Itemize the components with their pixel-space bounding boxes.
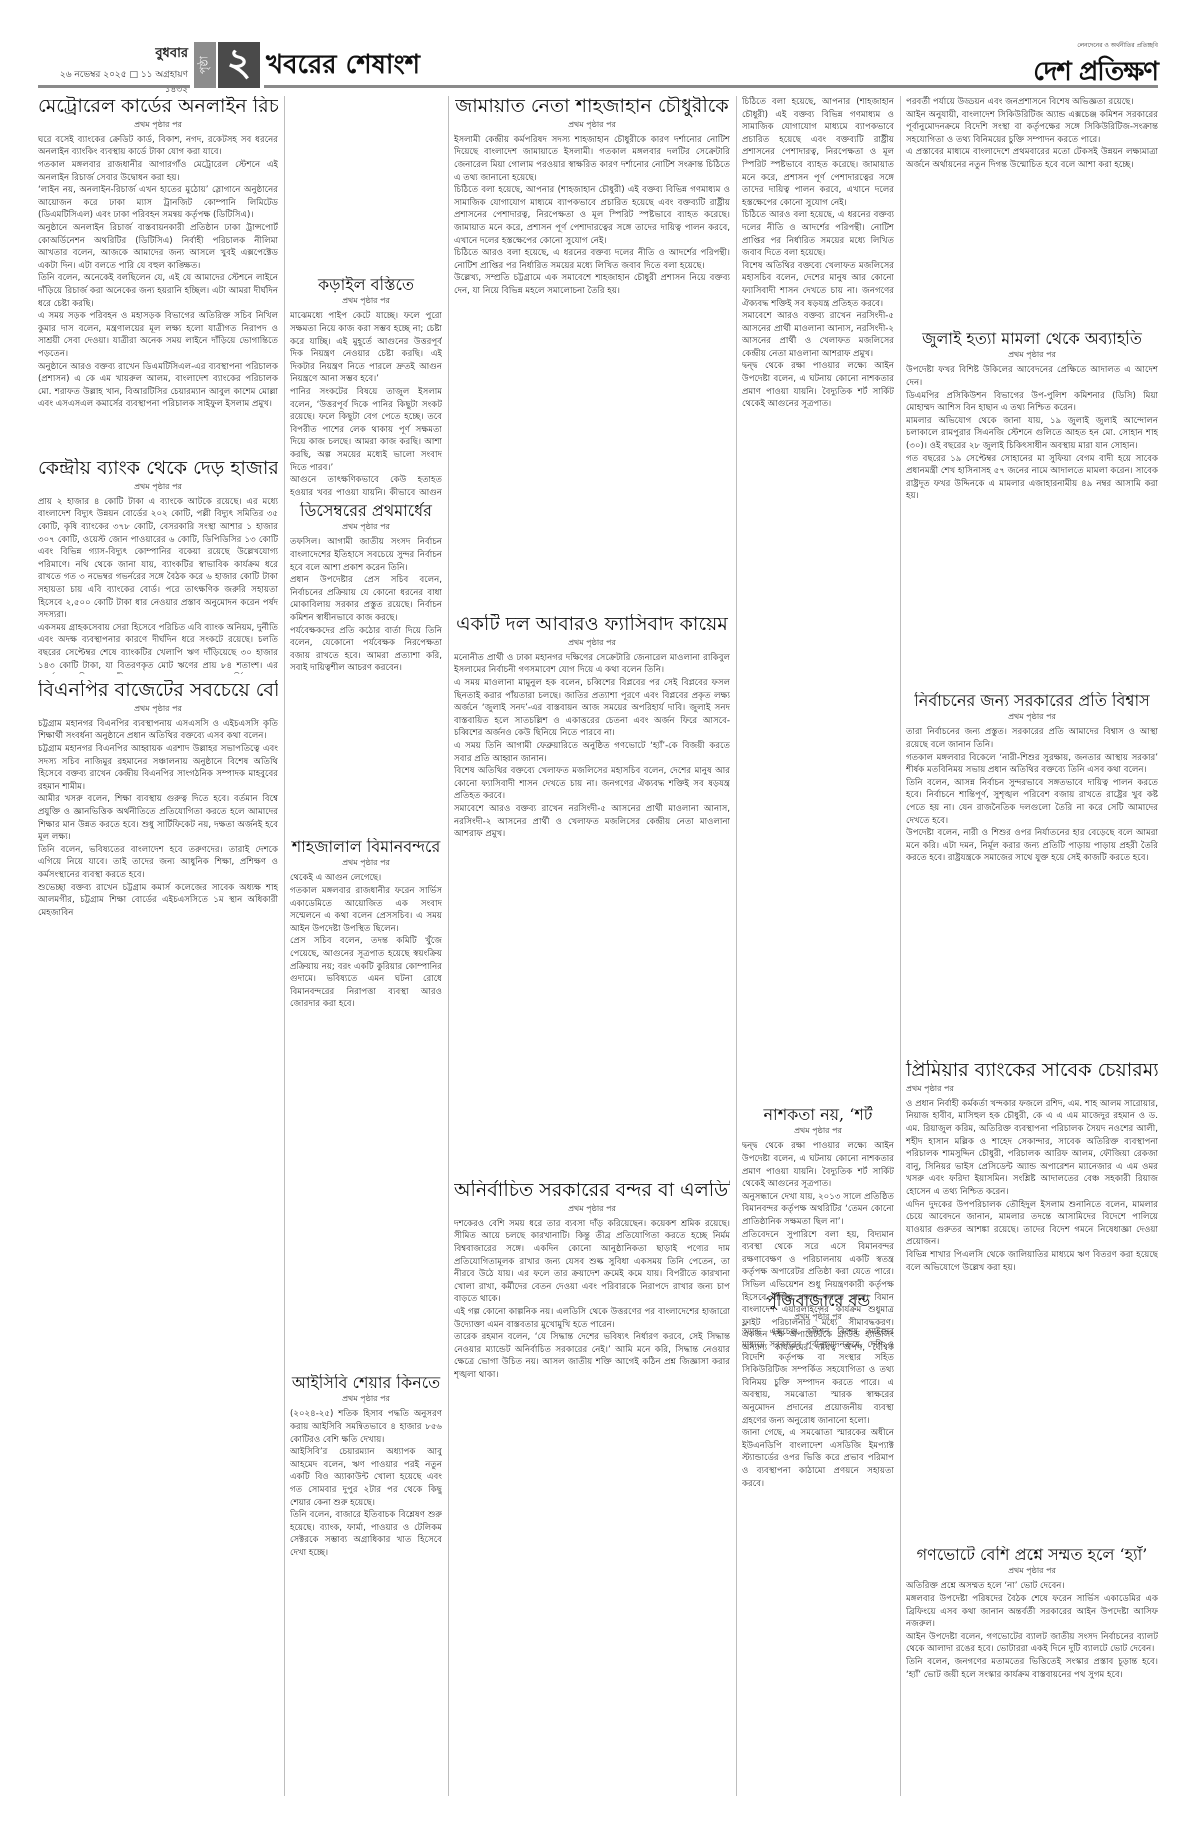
paragraph: চিঠিতে বলা হয়েছে, আপনার (শাহজাহান চৌধুর… bbox=[454, 184, 730, 247]
story-body: মাঝেমধ্যে পাইপ কেটে যাচ্ছে। ফলে পুরো সক্… bbox=[290, 310, 442, 496]
paragraph: আমীর খসরু বলেন, শিক্ষা ব্যবস্থায় গুরুত্… bbox=[38, 793, 278, 843]
story-jamaat[interactable]: জামায়াত নেতা শাহজাহান চৌধুরীকে প্রথম পৃ… bbox=[454, 96, 730, 552]
continued-label: প্রথম পৃষ্ঠার পর bbox=[290, 295, 442, 308]
paragraph: প্রেস সচিব বলেন, তদন্ত কমিটি খুঁজে পেয়ে… bbox=[290, 935, 442, 1011]
paragraph: এ সময় সড়ক পরিবহন ও মহাসড়ক বিভাগের অতি… bbox=[38, 310, 278, 360]
paragraph: গতকাল মঙ্গলবার রাজধানীর ফরেন সার্ভিস একা… bbox=[290, 885, 442, 935]
continued-label: প্রথম পৃষ্ঠার পর bbox=[290, 521, 442, 534]
headline[interactable]: নির্বাচনের জন্য সরকারের প্রতি বিশ্বাস bbox=[906, 692, 1158, 710]
paragraph: থেকেই এ আগুন লেগেছে। bbox=[290, 872, 442, 885]
headline[interactable]: কেন্দ্রীয় ব্যাংক থেকে দেড় হাজার কোটি bbox=[38, 458, 278, 480]
paragraph: বিভিন্ন শাখার পিএলসি থেকে জালিয়াতির মাধ… bbox=[906, 1249, 1158, 1274]
paragraph: এই গল্প কোনো কাল্পনিক নয়। এলডিসি থেকে উ… bbox=[454, 1306, 730, 1331]
paragraph: আইন উপদেষ্টা বলেন, গণভোটের ব্যালট জাতীয়… bbox=[906, 1631, 1158, 1656]
paragraph: পানির সংকটের বিষয়ে তাজুল ইসলাম বলেন, ‘উ… bbox=[290, 386, 442, 474]
paragraph: গত বছরের ১৯ সেপ্টেম্বর সোহানের মা সুফিয়… bbox=[906, 453, 1158, 503]
headline[interactable]: জামায়াত নেতা শাহজাহান চৌধুরীকে bbox=[454, 96, 730, 118]
continued-label: প্রথম পৃষ্ঠার পর bbox=[38, 119, 278, 132]
masthead-date-block: বুধবার ২৬ নভেম্বর ২০২৫ □ ১১ অগ্রহায়ণ ১৪… bbox=[38, 44, 188, 97]
continued-label: প্রথম পৃষ্ঠার পর bbox=[906, 1565, 1158, 1578]
headline[interactable]: গণভোটে বেশি প্রশ্নে সম্মত হলে ‘হ্যাঁ’ bbox=[906, 1546, 1158, 1564]
paragraph: এ প্রস্তাবের মাধ্যমে বাংলাদেশে প্রথমবারে… bbox=[906, 146, 1158, 171]
issue-date: ২৬ নভেম্বর ২০২৫ □ ১১ অগ্রহায়ণ ১৪৩২ bbox=[38, 67, 188, 97]
paragraph: একসময় গ্রাহকসেবায় সেরা হিসেবে পরিচিত এ… bbox=[38, 622, 278, 674]
story-referendum[interactable]: গণভোটে বেশি প্রশ্নে সম্মত হলে ‘হ্যাঁ’ প্… bbox=[906, 1546, 1158, 1796]
continued-label: প্রথম পৃষ্ঠার পর bbox=[290, 857, 442, 870]
paragraph: চিঠিতে আরও বলা হয়েছে, এ ধরনের বক্তব্য দ… bbox=[742, 209, 894, 259]
story-body: ও প্রধান নির্বাহী কর্মকর্তা খন্দকার ফজলে… bbox=[742, 1098, 1158, 1274]
continued-label: প্রথম পৃষ্ঠার পর bbox=[454, 637, 730, 650]
paragraph: দ্বন্দ্ব থেকে রক্ষা পাওয়ার লক্ষ্যে আইন … bbox=[742, 360, 894, 410]
paragraph: অনুষ্ঠানে আরও বক্তব্য রাখেন ডিএমটিসিএল-এ… bbox=[38, 361, 278, 411]
continued-label: প্রথম পৃষ্ঠার পর bbox=[906, 349, 1158, 362]
paragraph: (২০২৪-২৫) শতিক হিসাব পদ্ধতি অনুসরণ করায়… bbox=[290, 1408, 442, 1446]
masthead: বুধবার ২৬ নভেম্বর ২০২৫ □ ১১ অগ্রহায়ণ ১৪… bbox=[0, 40, 1200, 92]
headline[interactable]: একটি দল আবারও ফ্যাসিবাদ কায়েম bbox=[454, 614, 730, 636]
paragraph: বিশেষ অতিথির বক্তব্যে খেলাফত মজলিসের মহা… bbox=[454, 765, 730, 803]
story-december[interactable]: ডিসেম্বরের প্রথমার্ধের প্রথম পৃষ্ঠার পর … bbox=[290, 502, 442, 832]
paragraph: প্রায় ২ হাজার ৪ কোটি টাকা এ ব্যাংকে আটক… bbox=[38, 496, 278, 622]
headline[interactable]: ডিসেম্বরের প্রথমার্ধের bbox=[290, 502, 442, 520]
paragraph: মাঝেমধ্যে পাইপ কেটে যাচ্ছে। ফলে পুরো সক্… bbox=[290, 310, 442, 386]
paragraph: তফসিল। আগামী জাতীয় সংসদ নির্বাচন বাংলাদ… bbox=[290, 536, 442, 574]
paragraph: চিঠিতে আরও বলা হয়েছে, এ ধরনের বক্তব্য দ… bbox=[454, 247, 730, 272]
paragraph: তিনি বলেন, আসন্ন নির্বাচন সুন্দরভাবে সঙ্… bbox=[906, 777, 1158, 827]
story-body: চট্টগ্রাম মহানগর বিএনপির ব্যবস্থাপনায় এ… bbox=[38, 718, 278, 920]
paragraph: এ সময় মাওলানা মামুনুল হক বলেন, চব্বিশের… bbox=[454, 677, 730, 740]
continued-label: প্রথম পৃষ্ঠার পর bbox=[454, 1203, 730, 1216]
story-body: মনোনীত প্রার্থী ও ঢাকা মহানগর দক্ষিণের স… bbox=[454, 652, 730, 841]
paragraph: আইন অনুযায়ী, বাংলাদেশ সিকিউরিটিজ অ্যান্… bbox=[906, 109, 1158, 147]
logo-tagline: লেনদেনের ও অর্থনীতির প্রতিচ্ছবি bbox=[1033, 40, 1158, 51]
story-election-trust[interactable]: নির্বাচনের জন্য সরকারের প্রতি বিশ্বাস প্… bbox=[906, 692, 1158, 1054]
story-icb[interactable]: আইসিবি শেয়ার কিনতে প্রথম পৃষ্ঠার পর (২০… bbox=[290, 1374, 442, 1796]
weekday: বুধবার bbox=[38, 44, 188, 65]
paragraph: ইসলামী কেন্দ্রীয় কর্মপরিষদ সদস্য শাহজাহ… bbox=[454, 134, 730, 184]
column-divider bbox=[284, 96, 285, 1796]
continued-label: প্রথম পৃষ্ঠার পর bbox=[454, 119, 730, 132]
page-number: ২ bbox=[218, 42, 260, 88]
story-premier-bank[interactable]: প্রিমিয়ার ব্যাংকের সাবেক চেয়ারম্যানসহ … bbox=[742, 1060, 1158, 1604]
headline[interactable]: প্রিমিয়ার ব্যাংকের সাবেক চেয়ারম্যানসহ bbox=[742, 1060, 1158, 1082]
paragraph: ‘লাইন নয়, অনলাইন-রিচার্জ এখন হাতের মুঠো… bbox=[38, 184, 278, 222]
paragraph: তিনি বলেন, জনগণের মতামতের ভিত্তিতেই সংস্… bbox=[906, 1656, 1158, 1681]
paragraph: এ সময় তিনি আগামী ফেব্রুয়ারিতে অনুষ্ঠিত… bbox=[454, 740, 730, 765]
headline[interactable]: শাহজালাল বিমানবন্দরে bbox=[290, 838, 442, 856]
column-divider bbox=[736, 96, 737, 1796]
paragraph: উপদেষ্টা বলেন, নারী ও শিশুর ওপর নির্যাতন… bbox=[906, 827, 1158, 865]
story-body: (২০২৪-২৫) শতিক হিসাব পদ্ধতি অনুসরণ করায়… bbox=[290, 1408, 442, 1559]
paragraph: প্রধান উপদেষ্টার প্রেস সচিব বলেন, নির্বা… bbox=[290, 574, 442, 624]
story-body: ঘরে বসেই ব্যাংকের ক্রেডিট কার্ড, বিকাশ, … bbox=[38, 134, 278, 411]
paragraph: মঙ্গলবার উপদেষ্টা পরিষদের বৈঠক শেষে ফরেন… bbox=[906, 1593, 1158, 1631]
paragraph: ঘরে বসেই ব্যাংকের ক্রেডিট কার্ড, বিকাশ, … bbox=[38, 134, 278, 159]
paragraph: উপদেষ্টা ফখর বিশিষ্ট উকিলের আবেদনের প্রে… bbox=[906, 364, 1158, 389]
paragraph: বিশেষ অতিথির বক্তব্যে খেলাফত মজলিসের মহা… bbox=[742, 260, 894, 310]
story-fascism[interactable]: একটি দল আবারও ফ্যাসিবাদ কায়েম প্রথম পৃষ… bbox=[454, 614, 730, 1174]
continued-label: প্রথম পৃষ্ঠার পর bbox=[38, 703, 278, 716]
masthead-rule-right bbox=[264, 85, 1158, 88]
paragraph: সমাবেশে আরও বক্তব্য রাখেন নরসিংদী-৫ আসনে… bbox=[742, 310, 894, 360]
paragraph: গতকাল মঙ্গলবার রাজধানীর আগারগাঁও মেট্রোর… bbox=[38, 159, 278, 184]
paragraph: চিঠিতে বলা হয়েছে, আপনার (শাহজাহান চৌধুর… bbox=[742, 96, 894, 209]
story-july-murder[interactable]: জুলাই হত্যা মামলা থেকে অব্যাহতি প্রথম পৃ… bbox=[906, 330, 1158, 686]
story-body: উপদেষ্টা ফখর বিশিষ্ট উকিলের আবেদনের প্রে… bbox=[906, 364, 1158, 503]
paragraph: তিনি বলেন, অনেকেই বলছিলেন যে, এই যে আমাদ… bbox=[38, 272, 278, 310]
headline[interactable]: বিএনপির বাজেটের সবচেয়ে বেশি bbox=[38, 680, 278, 702]
newspaper-logo[interactable]: লেনদেনের ও অর্থনীতির প্রতিচ্ছবি দেশ প্রত… bbox=[1033, 40, 1158, 95]
paragraph: উল্লেখ্য, সম্প্রতি চট্টগ্রামে এক সমাবেশে… bbox=[454, 272, 730, 297]
paragraph: দশকেরও বেশি সময় ধরে তার ব্যবসা দাঁড় কর… bbox=[454, 1218, 730, 1306]
story-bnp-budget[interactable]: বিএনপির বাজেটের সবচেয়ে বেশি প্রথম পৃষ্ঠ… bbox=[38, 680, 278, 1796]
paragraph: পর্যবেক্ষকদের প্রতি কঠোর বার্তা দিয়ে তি… bbox=[290, 625, 442, 675]
story-body: অতিরিক্ত প্রশ্নে অসম্মত হলে ‘না’ ভোট দেব… bbox=[906, 1580, 1158, 1681]
paragraph: অনুষ্ঠানে অনলাইন রিচার্জ বাস্তবায়নকারী … bbox=[38, 222, 278, 272]
paragraph: তারা নির্বাচনের জন্য প্রস্তুত। সরকারের প… bbox=[906, 726, 1158, 751]
story-korail[interactable]: কড়াইল বস্তিতে প্রথম পৃষ্ঠার পর মাঝেমধ্য… bbox=[290, 276, 442, 496]
page-label: পৃষ্ঠা bbox=[194, 42, 216, 88]
paragraph: এদিন দুদকের উপপরিচালক তৌহিদুল ইসলাম শুনা… bbox=[906, 1199, 1158, 1249]
continued-label: প্রথম পৃষ্ঠার পর bbox=[742, 1083, 1158, 1096]
paragraph: তিনি বলেন, ভবিষ্যতের বাংলাদেশ হবে তরুণদে… bbox=[38, 844, 278, 882]
story-port-ldc[interactable]: অনির্বাচিত সরকারের বন্দর বা এলডিসি প্রথম… bbox=[454, 1180, 730, 1796]
headline[interactable]: কড়াইল বস্তিতে bbox=[290, 276, 442, 294]
story-metrorail[interactable]: মেট্রোরেল কার্ডের অনলাইন রিচার্জের প্রথম… bbox=[38, 96, 278, 452]
story-shahjalal[interactable]: শাহজালাল বিমানবন্দরে প্রথম পৃষ্ঠার পর থে… bbox=[290, 838, 442, 1368]
paragraph: তিনি বলেন, বাজারে ইতিবাচক বিশ্লেষণ শুরু … bbox=[290, 1509, 442, 1559]
headline[interactable]: অনির্বাচিত সরকারের বন্দর বা এলডিসি bbox=[454, 1180, 730, 1202]
paragraph: অতিরিক্ত প্রশ্নে অসম্মত হলে ‘না’ ভোট দেব… bbox=[906, 1580, 1158, 1593]
masthead-rule-left bbox=[38, 85, 190, 88]
story-body: তারা নির্বাচনের জন্য প্রস্তুত। সরকারের প… bbox=[906, 726, 1158, 865]
paragraph: তারেক রহমান বলেন, ‘যে সিদ্ধান্ত দেশের ভব… bbox=[454, 1331, 730, 1381]
story-body: থেকেই এ আগুন লেগেছে। গতকাল মঙ্গলবার রাজধ… bbox=[290, 872, 442, 1011]
paragraph: সমাবেশে আরও বক্তব্য রাখেন নরসিংদী-৫ আসনে… bbox=[454, 803, 730, 841]
headline[interactable]: জুলাই হত্যা মামলা থেকে অব্যাহতি bbox=[906, 330, 1158, 348]
continued-label: প্রথম পৃষ্ঠার পর bbox=[290, 1393, 442, 1406]
story-body: প্রায় ২ হাজার ৪ কোটি টাকা এ ব্যাংকে আটক… bbox=[38, 496, 278, 674]
story-jamaat-continued[interactable]: চিঠিতে বলা হয়েছে, আপনার (শাহজাহান চৌধুর… bbox=[742, 96, 894, 1100]
paragraph: চট্টগ্রাম মহানগর বিএনপির ব্যবস্থাপনায় এ… bbox=[38, 718, 278, 743]
column-divider bbox=[448, 96, 449, 1796]
story-aviation[interactable]: পরবর্তী পর্যায়ে উড্ডয়ন এবং জনপ্রশাসনে … bbox=[906, 96, 1158, 324]
paragraph: মামলার অভিযোগ থেকে জানা যায়, ১৯ জুলাই জ… bbox=[906, 415, 1158, 453]
paragraph: আগুনে তাৎক্ষণিকভাবে কেউ হতাহত হওয়ার খবর… bbox=[290, 474, 442, 496]
logo-name: দেশ প্রতিক্ষণ bbox=[1033, 51, 1158, 95]
story-body: চিঠিতে বলা হয়েছে, আপনার (শাহজাহান চৌধুর… bbox=[742, 96, 894, 411]
continued-label: প্রথম পৃষ্ঠার পর bbox=[906, 711, 1158, 724]
story-body: দশকেরও বেশি সময় ধরে তার ব্যবসা দাঁড় কর… bbox=[454, 1218, 730, 1382]
paragraph: চট্টগ্রাম মহানগর বিএনপির আহ্বায়ক এরশাদ … bbox=[38, 743, 278, 793]
paragraph: পরবর্তী পর্যায়ে উড্ডয়ন এবং জনপ্রশাসনে … bbox=[906, 96, 1158, 109]
paragraph: ও প্রধান নির্বাহী কর্মকর্তা খন্দকার ফজলে… bbox=[906, 1098, 1158, 1199]
paragraph: গতকাল মঙ্গলবার বিকেলে ‘নারী-শিশুর সুরক্ষ… bbox=[906, 752, 1158, 777]
paragraph: আইসিবি’র চেয়ারম্যান অধ্যাপক আবু আহমেদ ব… bbox=[290, 1446, 442, 1509]
story-body: তফসিল। আগামী জাতীয় সংসদ নির্বাচন বাংলাদ… bbox=[290, 536, 442, 675]
page-body: মেট্রোরেল কার্ডের অনলাইন রিচার্জের প্রথম… bbox=[38, 96, 1158, 1796]
paragraph: মনোনীত প্রার্থী ও ঢাকা মহানগর দক্ষিণের স… bbox=[454, 652, 730, 677]
paragraph: শুভেচ্ছা বক্তব্য রাখেন চট্টগ্রাম কমার্স … bbox=[38, 882, 278, 920]
continued-label: প্রথম পৃষ্ঠার পর bbox=[38, 481, 278, 494]
paragraph: ডিএমপির প্রসিকিউশন বিভাগের উপ-পুলিশ কমিশ… bbox=[906, 390, 1158, 415]
story-body: ইসলামী কেন্দ্রীয় কর্মপরিষদ সদস্য শাহজাহ… bbox=[454, 134, 730, 298]
story-body: পরবর্তী পর্যায়ে উড্ডয়ন এবং জনপ্রশাসনে … bbox=[906, 96, 1158, 172]
headline[interactable]: মেট্রোরেল কার্ডের অনলাইন রিচার্জের bbox=[38, 96, 278, 118]
section-title: খবরের শেষাংশ bbox=[266, 44, 420, 88]
story-central-bank[interactable]: কেন্দ্রীয় ব্যাংক থেকে দেড় হাজার কোটি প… bbox=[38, 458, 278, 674]
headline[interactable]: আইসিবি শেয়ার কিনতে bbox=[290, 1374, 442, 1392]
